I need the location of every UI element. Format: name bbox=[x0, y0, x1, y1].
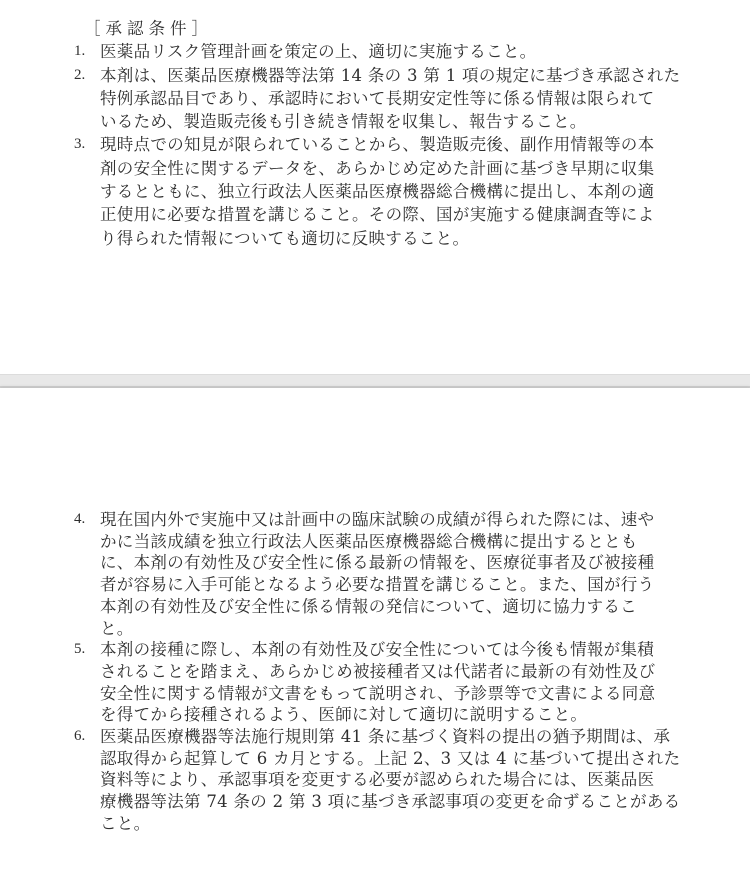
condition-item-1: 1. 医薬品リスク管理計画を策定の上、適切に実施すること。 bbox=[70, 40, 670, 63]
condition-item-6: 6. 医薬品医療機器等法施行規則第 41 条に基づく資料の提出の猶予期間は、承 … bbox=[70, 726, 670, 835]
text-line: 療機器等法第 74 条の 2 第 3 項に基づき承認事項の変更を命ずることがある bbox=[100, 791, 670, 813]
item-number: 3. bbox=[74, 133, 85, 156]
text-line: されることを踏まえ、あらかじめ被接種者又は代諾者に最新の有効性及び bbox=[100, 661, 670, 683]
item-number: 2. bbox=[74, 64, 85, 87]
page-1-content: ［承認条件］ 1. 医薬品リスク管理計画を策定の上、適切に実施すること。 2. … bbox=[70, 17, 670, 250]
text-line: 正使用に必要な措置を講じること。その際、国が実施する健康調査等によ bbox=[100, 203, 670, 226]
text-line: と。 bbox=[100, 618, 670, 640]
item-number: 1. bbox=[74, 40, 85, 63]
text-line: 者が容易に入手可能となるよう必要な措置を講じること。また、国が行う bbox=[100, 574, 670, 596]
text-line: 資料等により、承認事項を変更する必要が認められた場合には、医薬品医 bbox=[100, 769, 670, 791]
item-number: 6. bbox=[74, 726, 85, 748]
text-line: を得てから接種されるよう、医師に対して適切に説明すること。 bbox=[100, 704, 670, 726]
condition-item-4: 4. 現在国内外で実施中又は計画中の臨床試験の成績が得られた際には、速や かに当… bbox=[70, 509, 670, 639]
text-line: こと。 bbox=[100, 813, 670, 835]
text-line: り得られた情報についても適切に反映すること。 bbox=[100, 227, 670, 250]
approval-conditions-list-part-2: 4. 現在国内外で実施中又は計画中の臨床試験の成績が得られた際には、速や かに当… bbox=[70, 509, 670, 835]
text-line: 安全性に関する情報が文書をもって説明され、予診票等で文書による同意 bbox=[100, 683, 670, 705]
text-line: 本剤の有効性及び安全性に係る情報の発信について、適切に協力するこ bbox=[100, 596, 670, 618]
item-text: 医薬品医療機器等法施行規則第 41 条に基づく資料の提出の猶予期間は、承 認取得… bbox=[100, 726, 670, 835]
text-line: かに当該成績を独立行政法人医薬品医療機器総合機構に提出するととも bbox=[100, 531, 670, 553]
condition-item-3: 3. 現時点での知見が限られていることから、製造販売後、副作用情報等の本 剤の安… bbox=[70, 133, 670, 249]
page-2-content: 4. 現在国内外で実施中又は計画中の臨床試験の成績が得られた際には、速や かに当… bbox=[70, 509, 670, 835]
item-text: 現在国内外で実施中又は計画中の臨床試験の成績が得られた際には、速や かに当該成績… bbox=[100, 509, 670, 639]
text-line: 特例承認品目であり、承認時において長期安定性等に係る情報は限られて bbox=[100, 87, 670, 110]
text-line: するとともに、独立行政法人医薬品医療機器総合機構に提出し、本剤の適 bbox=[100, 180, 670, 203]
approval-conditions-list-part-1: 1. 医薬品リスク管理計画を策定の上、適切に実施すること。 2. 本剤は、医薬品… bbox=[70, 40, 670, 250]
document-page-2: 4. 現在国内外で実施中又は計画中の臨床試験の成績が得られた際には、速や かに当… bbox=[0, 388, 750, 872]
text-line: に、本剤の有効性及び安全性に係る最新の情報を、医療従事者及び被接種 bbox=[100, 552, 670, 574]
text-line: 本剤は、医薬品医療機器等法第 14 条の 3 第 1 項の規定に基づき承認された bbox=[100, 64, 670, 87]
text-line: 剤の安全性に関するデータを、あらかじめ定めた計画に基づき早期に収集 bbox=[100, 157, 670, 180]
document-page-1: ［承認条件］ 1. 医薬品リスク管理計画を策定の上、適切に実施すること。 2. … bbox=[0, 0, 750, 374]
text-line: 認取得から起算して 6 カ月とする。上記 2、3 又は 4 に基づいて提出された bbox=[100, 748, 670, 770]
text-line: 医薬品リスク管理計画を策定の上、適切に実施すること。 bbox=[100, 40, 670, 63]
item-text: 現時点での知見が限られていることから、製造販売後、副作用情報等の本 剤の安全性に… bbox=[100, 133, 670, 249]
text-line: 現在国内外で実施中又は計画中の臨床試験の成績が得られた際には、速や bbox=[100, 509, 670, 531]
item-text: 本剤の接種に際し、本剤の有効性及び安全性については今後も情報が集積 されることを… bbox=[100, 639, 670, 726]
text-line: 現時点での知見が限られていることから、製造販売後、副作用情報等の本 bbox=[100, 133, 670, 156]
text-line: いるため、製造販売後も引き続き情報を収集し、報告すること。 bbox=[100, 110, 670, 133]
item-number: 4. bbox=[74, 509, 85, 531]
condition-item-5: 5. 本剤の接種に際し、本剤の有効性及び安全性については今後も情報が集積 される… bbox=[70, 639, 670, 726]
page-separator bbox=[0, 374, 750, 388]
condition-item-2: 2. 本剤は、医薬品医療機器等法第 14 条の 3 第 1 項の規定に基づき承認… bbox=[70, 64, 670, 134]
item-number: 5. bbox=[74, 639, 85, 661]
text-line: 本剤の接種に際し、本剤の有効性及び安全性については今後も情報が集積 bbox=[100, 639, 670, 661]
item-text: 本剤は、医薬品医療機器等法第 14 条の 3 第 1 項の規定に基づき承認された… bbox=[100, 64, 670, 134]
text-line: 医薬品医療機器等法施行規則第 41 条に基づく資料の提出の猶予期間は、承 bbox=[100, 726, 670, 748]
item-text: 医薬品リスク管理計画を策定の上、適切に実施すること。 bbox=[100, 40, 670, 63]
section-title: ［承認条件］ bbox=[70, 17, 670, 40]
